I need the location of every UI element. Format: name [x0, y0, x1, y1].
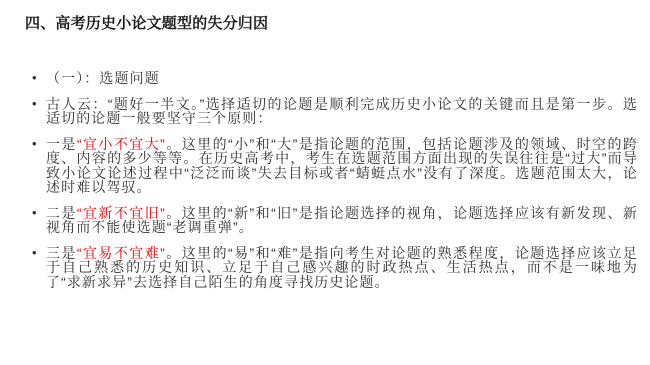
list-item: • 古人云：“题好一半文。”选择适切的论题是顺利完成历史小论文的关键而且是第一步…	[32, 97, 638, 126]
list-item: • （一）：选题问题	[32, 71, 638, 86]
bullet-text: 三是“宜易不宜难”。这里的“易”和“难”是指向考生对论题的熟悉程度，论题选择应该…	[46, 246, 638, 290]
bullet-icon: •	[32, 246, 46, 261]
bullet-icon: •	[32, 97, 46, 112]
presentation-slide: 四、高考历史小论文题型的失分归因 • （一）：选题问题 • 古人云：“题好一半文…	[0, 0, 650, 365]
text-segment: （一）：选题问题	[46, 70, 160, 86]
text-segment: 古人云：“题好一半文。”选择适切的论题是顺利完成历史小论文的关键而且是第一步。选…	[46, 96, 638, 127]
bullet-icon: •	[32, 71, 46, 86]
slide-title: 四、高考历史小论文题型的失分归因	[0, 0, 650, 33]
bullet-icon: •	[32, 206, 46, 221]
bullet-list: • （一）：选题问题 • 古人云：“题好一半文。”选择适切的论题是顺利完成历史小…	[0, 71, 650, 289]
bullet-text: （一）：选题问题	[46, 71, 638, 86]
bullet-icon: •	[32, 137, 46, 152]
list-item: • 二是“宜新不宜旧”。这里的“新”和“旧”是指论题选择的视角，论题选择应该有新…	[32, 206, 638, 235]
bullet-text: 古人云：“题好一半文。”选择适切的论题是顺利完成历史小论文的关键而且是第一步。选…	[46, 97, 638, 126]
bullet-text: 一是“宜小不宜大”。这里的“小”和“大”是指论题的范围，包括论题涉及的领域、时空…	[46, 137, 638, 195]
list-item: • 三是“宜易不宜难”。这里的“易”和“难”是指向考生对论题的熟悉程度，论题选择…	[32, 246, 638, 290]
bullet-text: 二是“宜新不宜旧”。这里的“新”和“旧”是指论题选择的视角，论题选择应该有新发现…	[46, 206, 638, 235]
list-item: • 一是“宜小不宜大”。这里的“小”和“大”是指论题的范围，包括论题涉及的领域、…	[32, 137, 638, 195]
